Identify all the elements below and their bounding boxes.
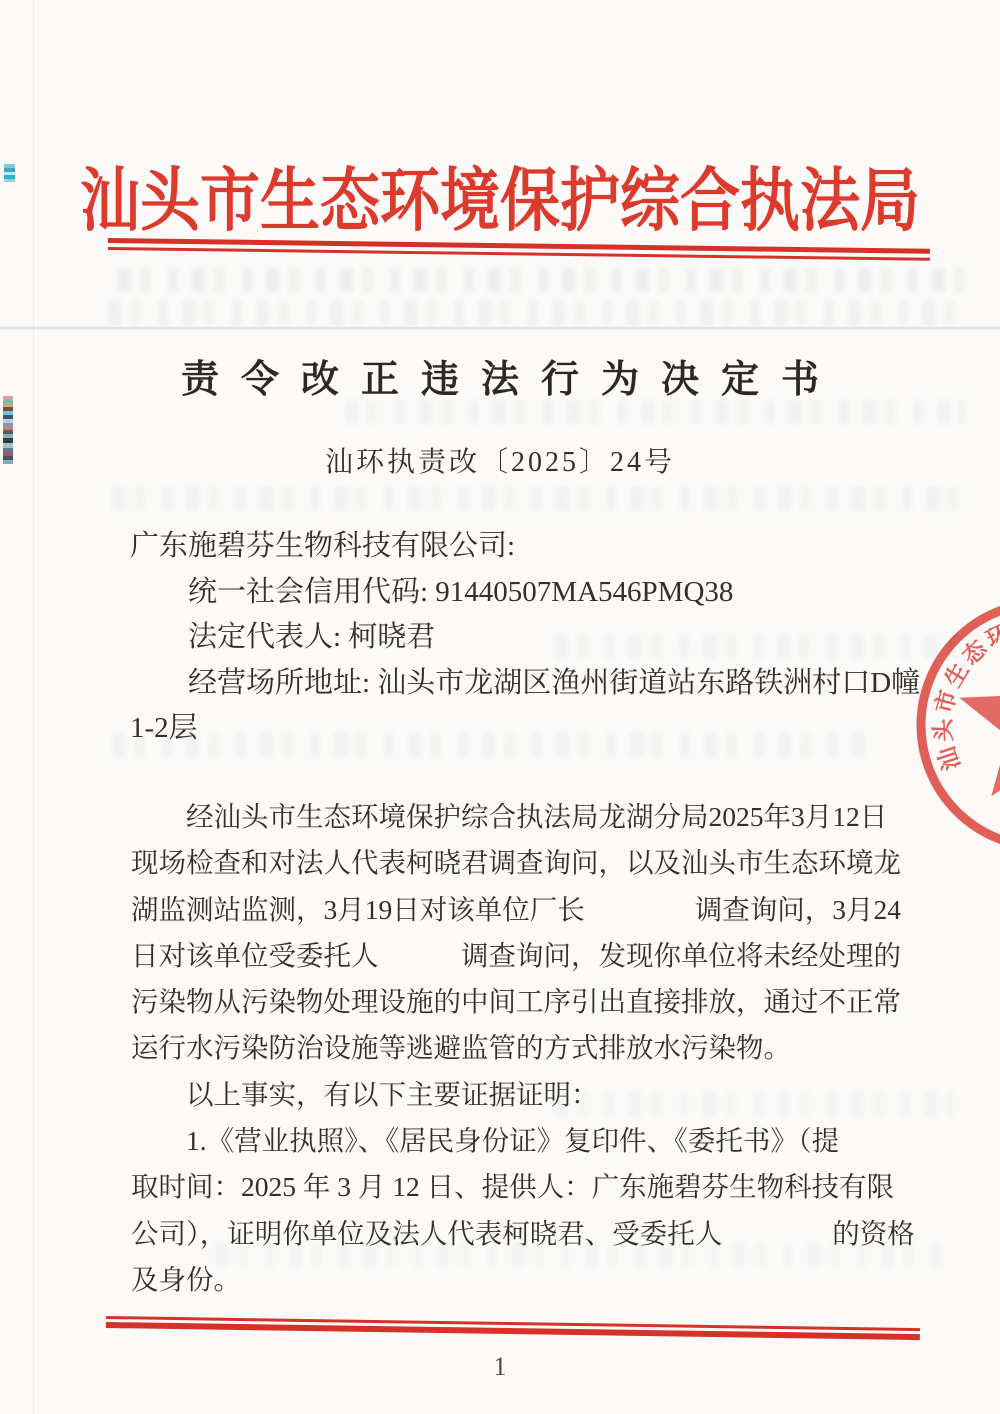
body-line: 湖监测站监测，3月19日对该单位厂长 调查询问，3月24	[131, 887, 917, 933]
body-line: 经汕头市生态环境保护综合执法局龙湖分局2025年3月12日	[131, 794, 917, 840]
document-title: 责令改正违法行为决定书	[0, 348, 1000, 403]
bleedthrough-band	[108, 301, 963, 325]
body-line: 及身份。	[131, 1257, 917, 1303]
body-line: 取时间：2025 年 3 月 12 日、提供人：广东施碧芬生物科技有限	[131, 1164, 917, 1210]
body-line: 1.《营业执照》、《居民身份证》复印件、《委托书》（提	[131, 1118, 917, 1164]
bleedthrough-rule	[0, 327, 1000, 329]
body-line: 日对该单位受委托人 调查询问，发现你单位将未经处理的	[131, 933, 917, 979]
body-line: 公司），证明你单位及法人代表柯晓君、受委托人 的资格	[131, 1211, 917, 1257]
document-body: 经汕头市生态环境保护综合执法局龙湖分局2025年3月12日 现场检查和对法人代表…	[131, 794, 917, 1303]
recipient-company-line: 广东施碧芬生物科技有限公司:	[130, 524, 920, 570]
body-line: 污染物从污染物处理设施的中间工序引出直接排放，通过不正常	[131, 979, 917, 1025]
body-line: 以上事实，有以下主要证据证明：	[131, 1072, 917, 1118]
bleedthrough-band	[118, 268, 963, 292]
body-line: 运行水污染防治设施等逃避监管的方式排放水污染物。	[131, 1025, 917, 1071]
bleedthrough-band	[345, 400, 965, 424]
page-number: 1	[0, 1352, 1000, 1382]
document-number: 汕环执责改〔2025〕24号	[0, 440, 1000, 480]
footer-red-rule	[106, 1316, 920, 1340]
bleedthrough-band	[112, 487, 967, 511]
official-seal: 汕头市生态环境保护综合执法局	[903, 585, 1000, 865]
business-address-line2: 1-2层	[130, 706, 920, 752]
letterhead-org-name: 汕头市生态环境保护综合执法局	[0, 146, 1000, 245]
credit-code-line: 统一社会信用代码: 91440507MA546PMQ38	[130, 570, 920, 616]
recipient-block: 广东施碧芬生物科技有限公司: 统一社会信用代码: 91440507MA546PM…	[130, 524, 920, 752]
body-line: 现场检查和对法人代表柯晓君调查询问，以及汕头市生态环境龙	[131, 840, 917, 886]
scanned-document-page: 汕头市生态环境保护综合执法局 责令改正违法行为决定书 汕环执责改〔2025〕24…	[0, 0, 1000, 1414]
legal-representative-line: 法定代表人: 柯晓君	[130, 615, 920, 661]
business-address-line: 经营场所地址: 汕头市龙湖区渔州街道站东路铁洲村口D幢	[130, 661, 920, 707]
